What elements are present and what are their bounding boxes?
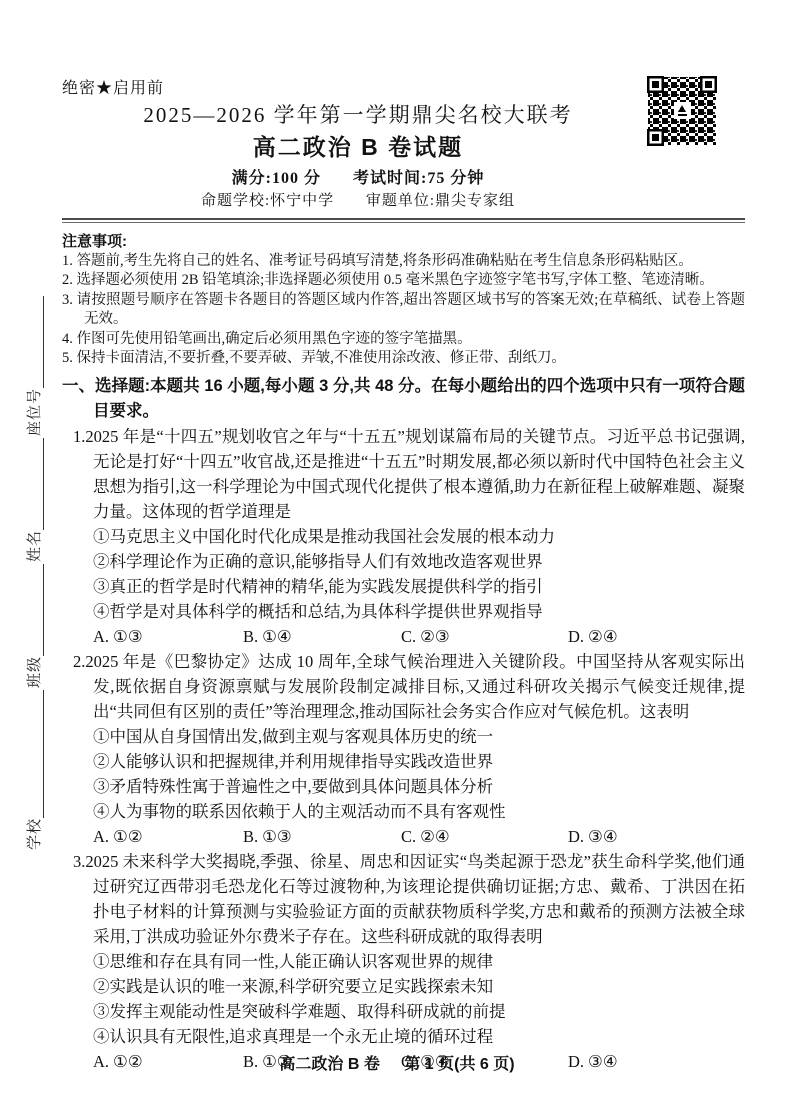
- question-1-stem: 1.2025 年是“十四五”规划收官之年与“十五五”规划谋篇布局的关键节点。习近…: [73, 424, 745, 524]
- question-1-stem-text: 2025 年是“十四五”规划收官之年与“十五五”规划谋篇布局的关键节点。习近平总…: [85, 427, 745, 521]
- question-2-option-b: B.①③: [243, 824, 401, 849]
- name-field: 姓名: [23, 438, 44, 564]
- question-2-statement-2: ②人能够认识和把握规律,并利用规律指导实践改造世界: [93, 749, 745, 774]
- question-3-number: 3.: [73, 852, 85, 871]
- name-label: 姓名: [23, 530, 44, 564]
- question-2-statement-4: ④人为事物的联系因依赖于人的主观活动而不具有客观性: [93, 799, 745, 824]
- setter-school: 命题学校:怀宁中学: [201, 193, 334, 209]
- question-1-statement-2: ②科学理论作为正确的意识,能够指导人们有效地改造客观世界: [93, 549, 745, 574]
- question-3-stem-text: 2025 未来科学大奖揭晓,季强、徐星、周忠和因证实“鸟类起源于恐龙”获生命科学…: [85, 852, 745, 946]
- question-2-options: A.①② B.①③ C.②④ D.③④: [93, 824, 745, 849]
- question-3-statement-4: ④认识具有无限性,追求真理是一个永无止境的循环过程: [93, 1024, 745, 1049]
- notice-item-3: 3. 请按照题号顺序在答题卡各题目的答题区域内作答,超出答题区域书写的答案无效;…: [62, 291, 745, 330]
- question-1-statement-4: ④哲学是对具体科学的概括和总结,为具体科学提供世界观指导: [93, 599, 745, 624]
- question-3-statement-1: ①思维和存在具有同一性,人能正确认识客观世界的规律: [93, 949, 745, 974]
- question-2-statement-1: ①中国从自身国情出发,做到主观与客观具体历史的统一: [93, 724, 745, 749]
- question-2-stem-text: 2025 年是《巴黎协定》达成 10 周年,全球气候治理进入关键阶段。中国坚持从…: [85, 652, 745, 721]
- question-2: 2.2025 年是《巴黎协定》达成 10 周年,全球气候治理进入关键阶段。中国坚…: [73, 649, 745, 849]
- exam-header: 2025—2026 学年第一学期鼎尖名校大联考 高二政治 B 卷试题 满分:10…: [62, 102, 654, 211]
- question-3-statement-2: ②实践是认识的唯一来源,科学研究要立足实践探索未知: [93, 974, 745, 999]
- setter-reviewer-line: 命题学校:怀宁中学 审题单位:鼎尖专家组: [62, 191, 654, 211]
- question-1-statement-1: ①马克思主义中国化时代化成果是推动我国社会发展的根本动力: [93, 524, 745, 549]
- notice-title: 注意事项:: [62, 232, 745, 252]
- secrecy-label: 绝密★启用前: [62, 75, 745, 98]
- question-1: 1.2025 年是“十四五”规划收官之年与“十五五”规划谋篇布局的关键节点。习近…: [73, 424, 745, 649]
- seat-number-blank-line: [30, 296, 44, 388]
- class-blank-line: [30, 564, 44, 656]
- question-1-option-a: A.①③: [93, 624, 243, 649]
- question-1-number: 1.: [73, 427, 85, 446]
- question-2-stem: 2.2025 年是《巴黎协定》达成 10 周年,全球气候治理进入关键阶段。中国坚…: [73, 649, 745, 724]
- question-1-option-b: B.①④: [243, 624, 401, 649]
- footer-page-number: 第 1 页(共 6 页): [404, 1056, 514, 1073]
- seat-number-field: 座位号: [23, 296, 44, 438]
- notice-item-4: 4. 作图可先使用铅笔画出,确定后必须用黑色字迹的签字笔描黑。: [62, 330, 745, 350]
- footer-paper-name: 高二政治 B 卷: [279, 1056, 379, 1073]
- notice-item-5: 5. 保持卡面清洁,不要折叠,不要弄破、弄皱,不准使用涂改液、修正带、刮纸刀。: [62, 349, 745, 369]
- score-duration-line: 满分:100 分 考试时间:75 分钟: [62, 167, 654, 191]
- section-heading: 一、选择题:本题共 16 小题,每小题 3 分,共 48 分。在每小题给出的四个…: [62, 374, 745, 424]
- paper-title: 高二政治 B 卷试题: [62, 131, 654, 163]
- question-2-option-c: C.②④: [401, 824, 568, 849]
- page-footer: 高二政治 B 卷 第 1 页(共 6 页): [0, 1051, 794, 1074]
- question-3: 3.2025 未来科学大奖揭晓,季强、徐星、周忠和因证实“鸟类起源于恐龙”获生命…: [73, 849, 745, 1074]
- question-2-statement-3: ③矛盾特殊性寓于普遍性之中,要做到具体问题具体分析: [93, 774, 745, 799]
- exam-paper-page: 学校 班级 姓名 座位号: [0, 0, 794, 1115]
- school-label: 学校: [23, 818, 44, 852]
- notice-item-1: 1. 答题前,考生先将自己的姓名、准考证号码填写清楚,将条形码准确粘贴在考生信息…: [62, 252, 745, 272]
- review-unit: 审题单位:鼎尖专家组: [366, 193, 515, 209]
- question-1-statement-3: ③真正的哲学是时代精神的精华,能为实践发展提供科学的指引: [93, 574, 745, 599]
- school-field: 学校: [23, 690, 44, 852]
- question-2-option-d: D.③④: [568, 824, 745, 849]
- page-content: 绝密★启用前 2025—2026 学年第一学期鼎尖名校大联考 高二政治 B 卷试…: [62, 75, 745, 1074]
- question-3-statement-3: ③发挥主观能动性是突破科学难题、取得科研成就的前提: [93, 999, 745, 1024]
- question-2-option-a: A.①②: [93, 824, 243, 849]
- notice-section: 注意事项: 1. 答题前,考生先将自己的姓名、准考证号码填写清楚,将条形码准确粘…: [62, 232, 745, 369]
- notice-item-2: 2. 选择题必须使用 2B 铅笔填涂;非选择题必须使用 0.5 毫米黑色字迹签字…: [62, 271, 745, 291]
- name-blank-line: [30, 438, 44, 530]
- student-info-strip: 学校 班级 姓名 座位号: [20, 180, 44, 852]
- question-1-options: A.①③ B.①④ C.②③ D.②④: [93, 624, 745, 649]
- question-1-option-d: D.②④: [568, 624, 745, 649]
- full-score: 满分:100 分: [232, 170, 321, 187]
- school-blank-line: [30, 690, 44, 818]
- exam-duration: 考试时间:75 分钟: [353, 170, 484, 187]
- header-divider: [62, 218, 745, 223]
- exam-session-title: 2025—2026 学年第一学期鼎尖名校大联考: [62, 102, 654, 129]
- class-label: 班级: [23, 656, 44, 690]
- seat-number-label: 座位号: [23, 388, 44, 438]
- question-1-option-c: C.②③: [401, 624, 568, 649]
- question-2-number: 2.: [73, 652, 85, 671]
- class-field: 班级: [23, 564, 44, 690]
- question-3-stem: 3.2025 未来科学大奖揭晓,季强、徐星、周忠和因证实“鸟类起源于恐龙”获生命…: [73, 849, 745, 949]
